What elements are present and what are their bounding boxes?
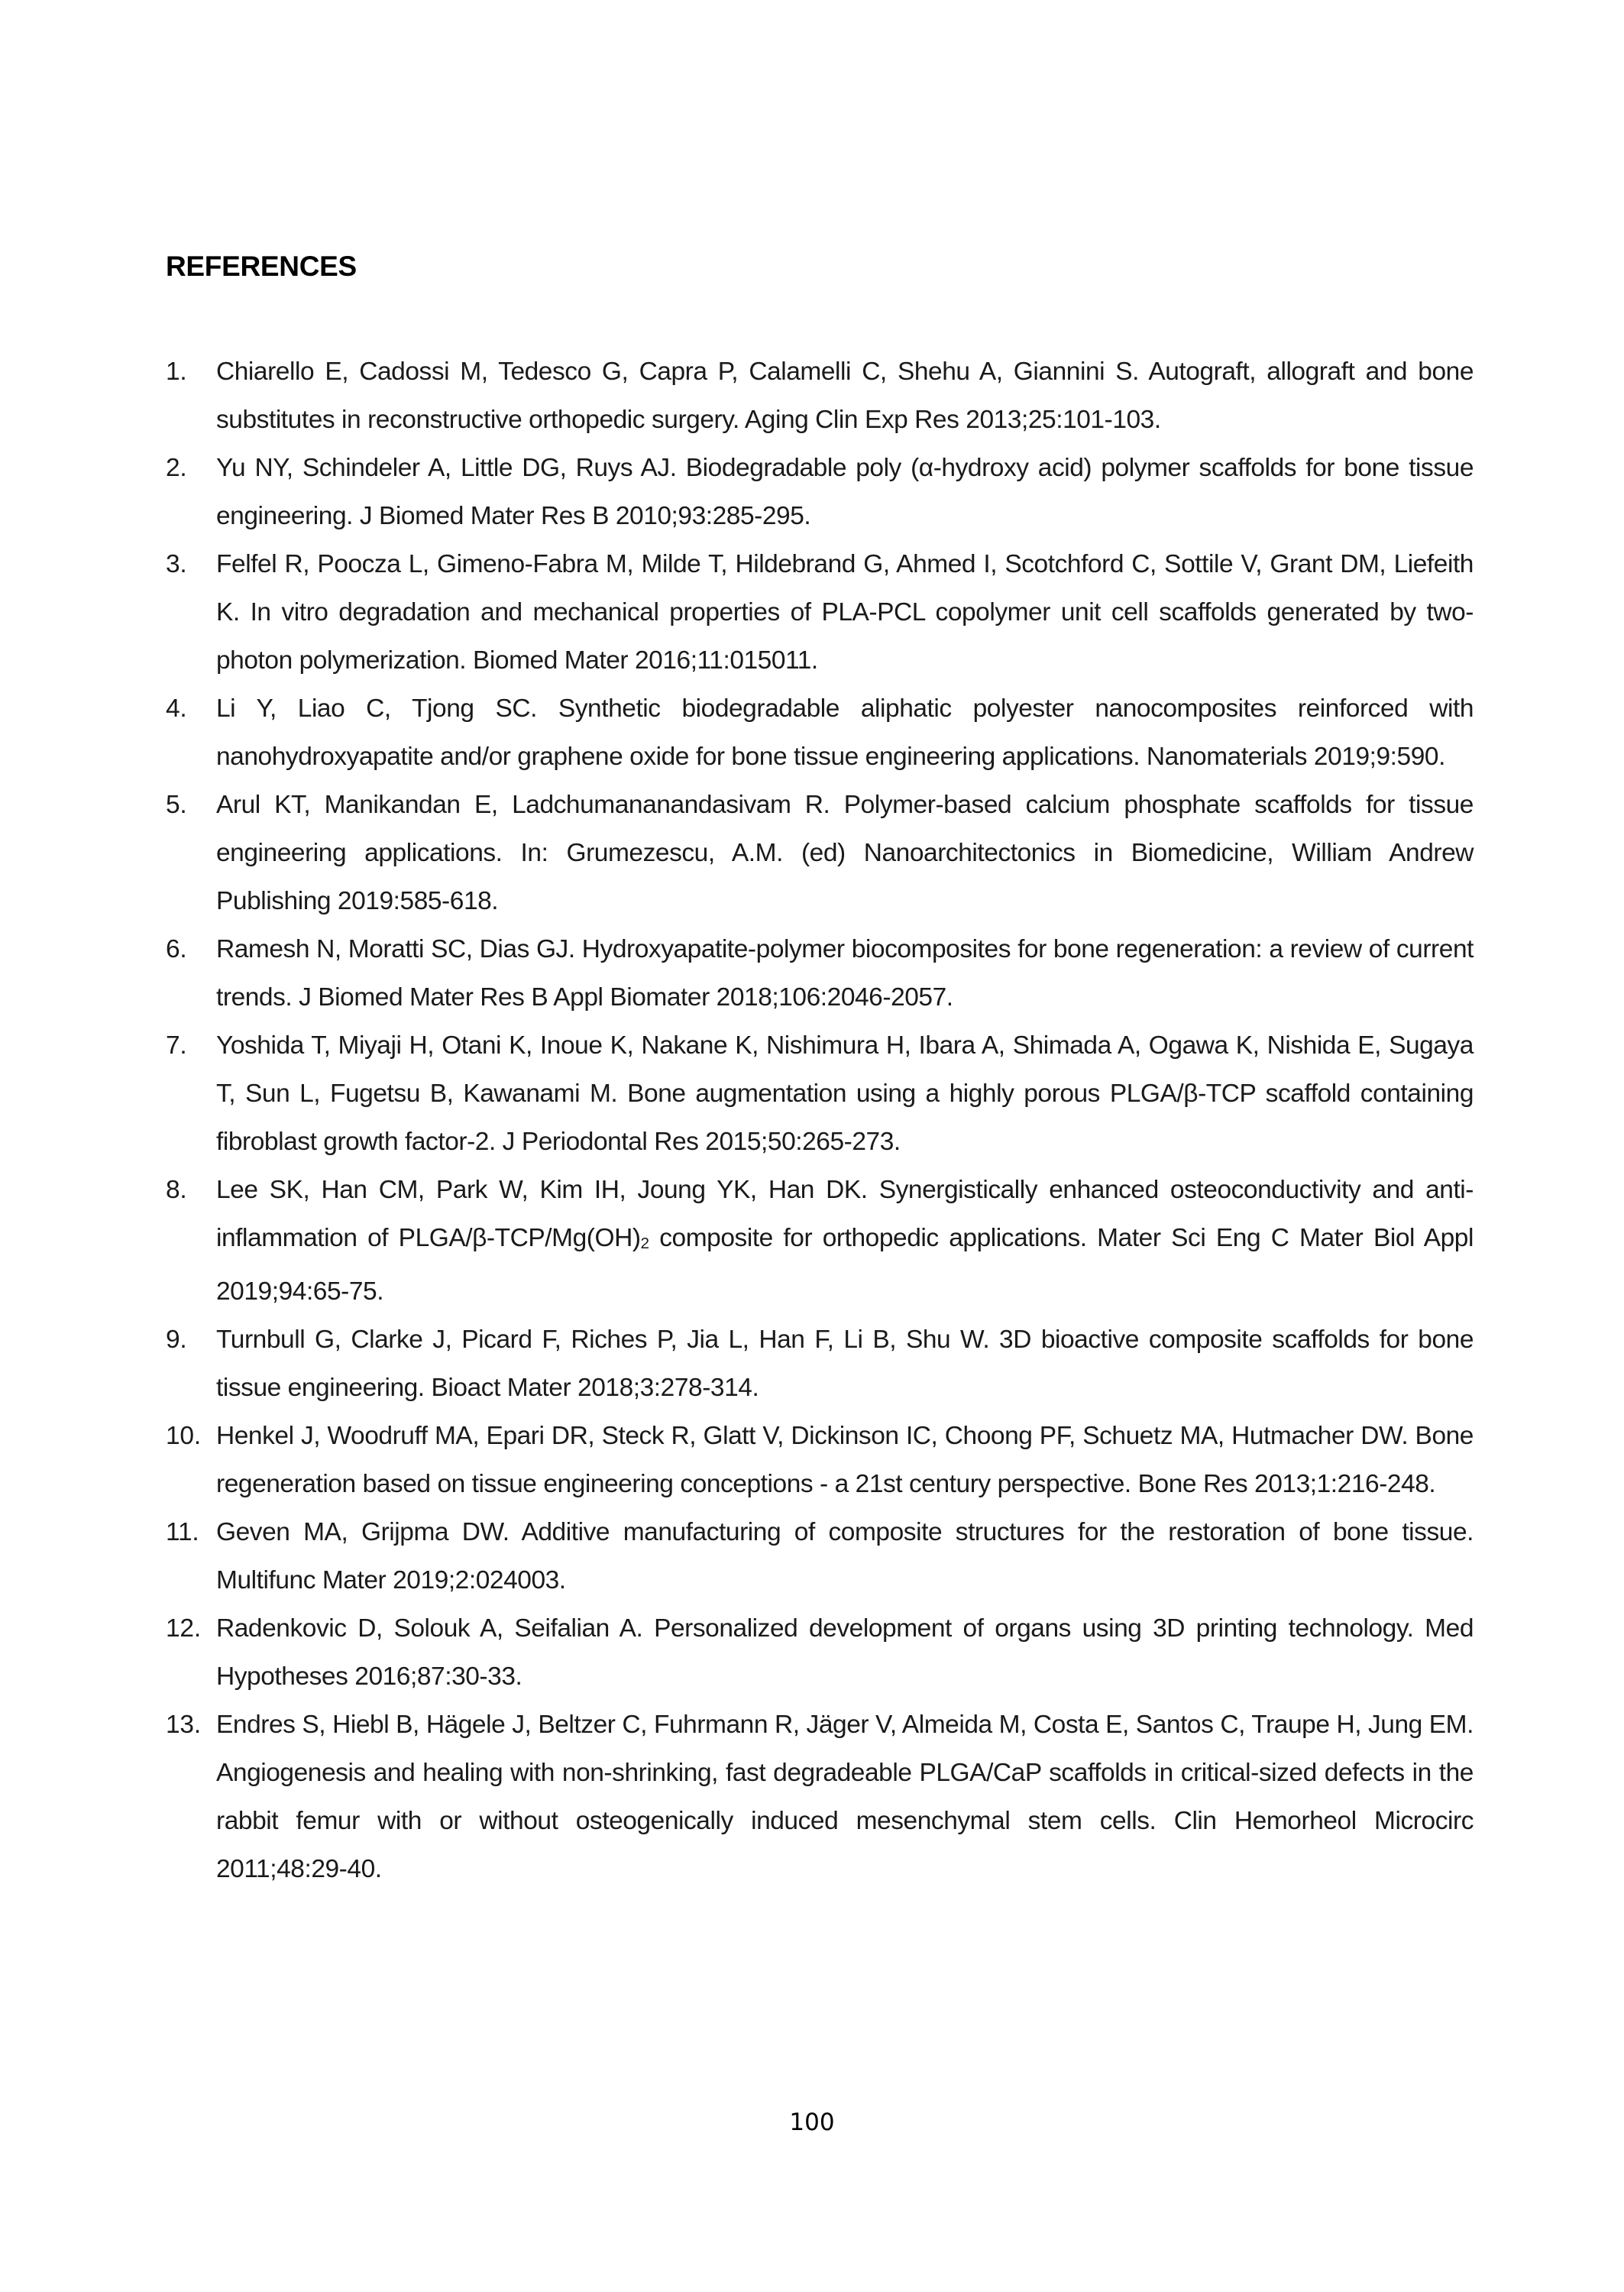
subscript: 2 (641, 1235, 649, 1252)
reference-number: 8. (166, 1166, 216, 1214)
reference-text: Lee SK, Han CM, Park W, Kim IH, Joung YK… (216, 1166, 1474, 1316)
reference-text: Ramesh N, Moratti SC, Dias GJ. Hydroxyap… (216, 925, 1474, 1021)
reference-number: 1. (166, 348, 216, 396)
reference-item: 8. Lee SK, Han CM, Park W, Kim IH, Joung… (166, 1166, 1474, 1316)
reference-item: 6. Ramesh N, Moratti SC, Dias GJ. Hydrox… (166, 925, 1474, 1021)
reference-item: 2. Yu NY, Schindeler A, Little DG, Ruys … (166, 444, 1474, 540)
reference-text: Chiarello E, Cadossi M, Tedesco G, Capra… (216, 348, 1474, 444)
reference-number: 13. (166, 1701, 216, 1749)
reference-text: Turnbull G, Clarke J, Picard F, Riches P… (216, 1316, 1474, 1412)
reference-text: Endres S, Hiebl B, Hägele J, Beltzer C, … (216, 1701, 1474, 1893)
reference-text: Yu NY, Schindeler A, Little DG, Ruys AJ.… (216, 444, 1474, 540)
reference-number: 9. (166, 1316, 216, 1364)
reference-list: 1. Chiarello E, Cadossi M, Tedesco G, Ca… (166, 348, 1474, 1893)
reference-number: 5. (166, 781, 216, 829)
page-number: 100 (0, 2109, 1624, 2136)
reference-item: 1. Chiarello E, Cadossi M, Tedesco G, Ca… (166, 348, 1474, 444)
reference-item: 13. Endres S, Hiebl B, Hägele J, Beltzer… (166, 1701, 1474, 1893)
reference-text: Li Y, Liao C, Tjong SC. Synthetic biodeg… (216, 685, 1474, 781)
reference-text: Henkel J, Woodruff MA, Epari DR, Steck R… (216, 1412, 1474, 1508)
reference-text: Yoshida T, Miyaji H, Otani K, Inoue K, N… (216, 1021, 1474, 1166)
reference-item: 5. Arul KT, Manikandan E, Ladchumananand… (166, 781, 1474, 925)
section-heading: REFERENCES (166, 251, 357, 283)
reference-text: Felfel R, Poocza L, Gimeno-Fabra M, Mild… (216, 540, 1474, 685)
reference-item: 3. Felfel R, Poocza L, Gimeno-Fabra M, M… (166, 540, 1474, 685)
reference-item: 12. Radenkovic D, Solouk A, Seifalian A.… (166, 1604, 1474, 1701)
reference-number: 10. (166, 1412, 216, 1460)
reference-item: 7. Yoshida T, Miyaji H, Otani K, Inoue K… (166, 1021, 1474, 1166)
reference-number: 3. (166, 540, 216, 588)
reference-text: Radenkovic D, Solouk A, Seifalian A. Per… (216, 1604, 1474, 1701)
reference-item: 10. Henkel J, Woodruff MA, Epari DR, Ste… (166, 1412, 1474, 1508)
reference-text: Arul KT, Manikandan E, Ladchumananandasi… (216, 781, 1474, 925)
reference-item: 4. Li Y, Liao C, Tjong SC. Synthetic bio… (166, 685, 1474, 781)
reference-number: 4. (166, 685, 216, 733)
reference-item: 11. Geven MA, Grijpma DW. Additive manuf… (166, 1508, 1474, 1604)
reference-item: 9. Turnbull G, Clarke J, Picard F, Riche… (166, 1316, 1474, 1412)
reference-number: 11. (166, 1508, 216, 1556)
reference-number: 7. (166, 1021, 216, 1070)
reference-text: Geven MA, Grijpma DW. Additive manufactu… (216, 1508, 1474, 1604)
reference-number: 2. (166, 444, 216, 492)
reference-number: 6. (166, 925, 216, 973)
document-page: REFERENCES 1. Chiarello E, Cadossi M, Te… (0, 0, 1624, 2292)
reference-number: 12. (166, 1604, 216, 1653)
